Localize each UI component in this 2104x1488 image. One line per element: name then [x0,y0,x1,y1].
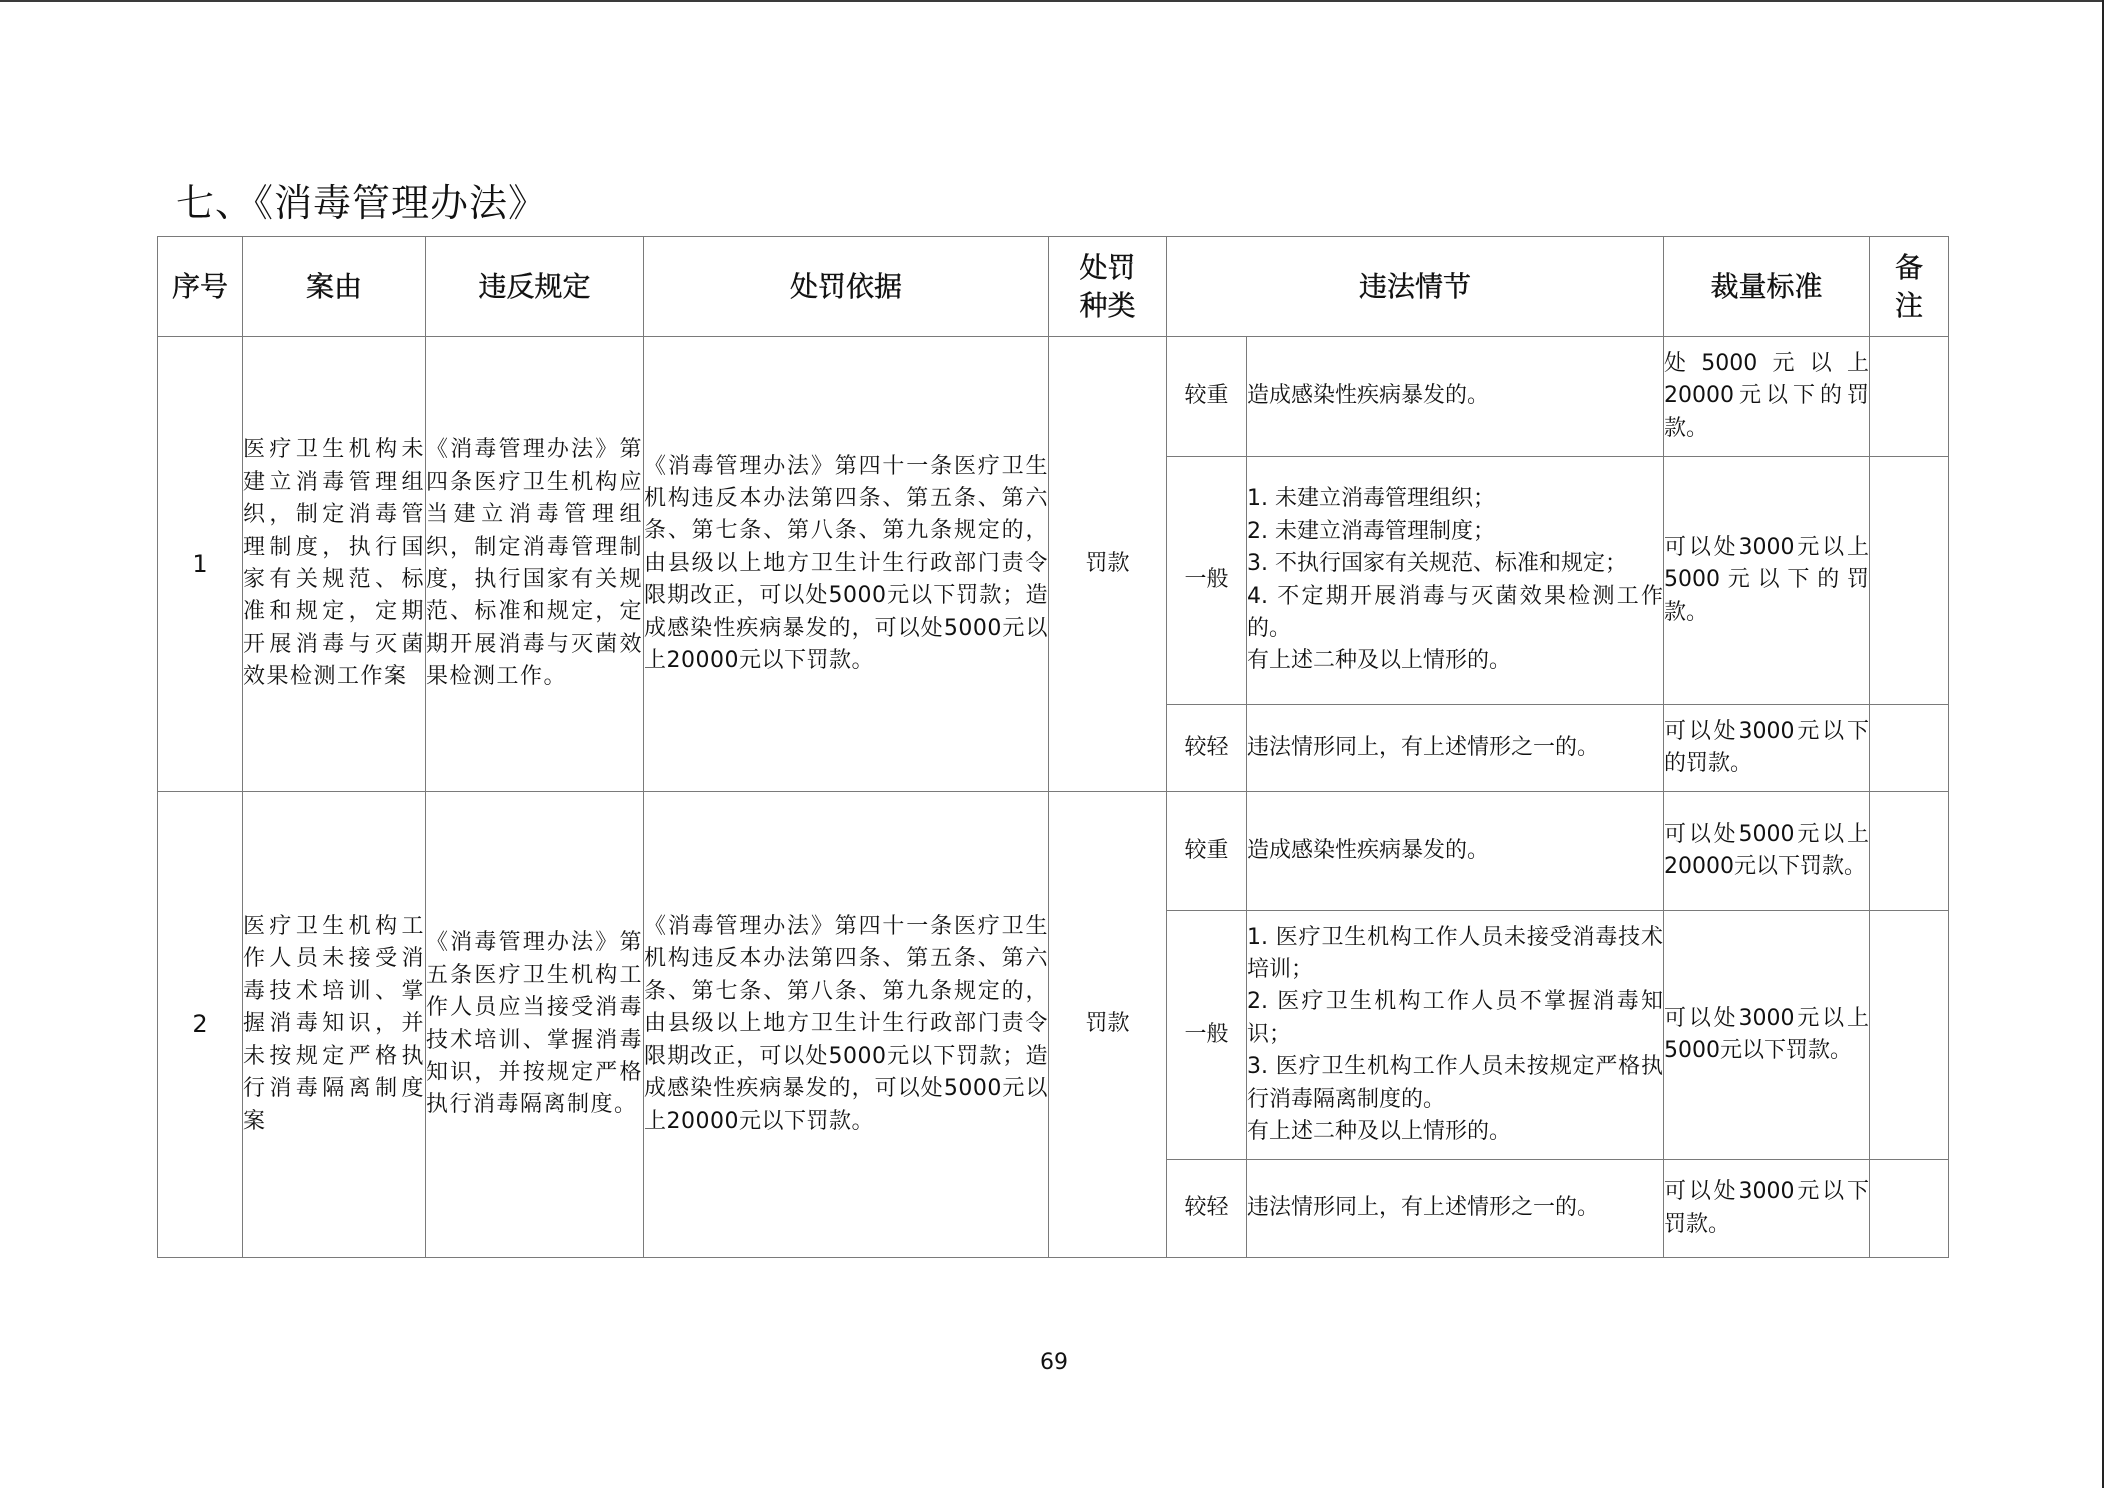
table-header-row: 序号 案由 违反规定 处罚依据 处罚种类 违法情节 裁量标准 备注 [158,237,1949,337]
level-note [1870,792,1949,911]
level-note [1870,705,1949,792]
row-penalty-type: 罚款 [1049,792,1167,1258]
level-circumstances: 造成感染性疾病暴发的。 [1247,337,1664,457]
level-circumstances: 1. 医疗卫生机构工作人员未接受消毒技术培训； 2. 医疗卫生机构工作人员不掌握… [1247,911,1664,1160]
header-note: 备注 [1870,237,1949,337]
table-row: 1 医疗卫生机构未建立消毒管理组织，制定消毒管理制度，执行国家有关规范、标准和规… [158,337,1949,457]
level-standard: 可以处5000元以上20000元以下罚款。 [1664,792,1870,911]
level-standard: 可以处3000元以上5000元以下罚款。 [1664,911,1870,1160]
header-penalty-basis: 处罚依据 [644,237,1049,337]
circumstance-line: 1. 医疗卫生机构工作人员未接受消毒技术培训； [1247,922,1663,987]
level-circumstances: 违法情形同上，有上述情形之一的。 [1247,1160,1664,1258]
header-penalty-type-label: 处罚种类 [1079,251,1135,322]
page-number: 69 [1040,1350,1068,1375]
circumstance-line: 1. 未建立消毒管理组织； [1247,483,1663,515]
level-note [1870,1160,1949,1258]
row-index: 2 [158,792,243,1258]
header-circumstances: 违法情节 [1167,237,1664,337]
circumstance-line: 2. 医疗卫生机构工作人员不掌握消毒知识； [1247,986,1663,1051]
header-note-label: 备注 [1895,251,1923,322]
row-penalty-basis: 《消毒管理办法》第四十一条医疗卫生机构违反本办法第四条、第五条、第六条、第七条、… [644,337,1049,792]
row-penalty-type: 罚款 [1049,337,1167,792]
row-cause: 医疗卫生机构工作人员未接受消毒技术培训、掌握消毒知识，并未按规定严格执行消毒隔离… [243,792,426,1258]
row-penalty-basis: 《消毒管理办法》第四十一条医疗卫生机构违反本办法第四条、第五条、第六条、第七条、… [644,792,1049,1258]
level-label: 较轻 [1167,1160,1247,1258]
level-standard: 可以处3000元以下罚款。 [1664,1160,1870,1258]
header-penalty-type: 处罚种类 [1049,237,1167,337]
circumstance-line: 有上述二种及以上情形的。 [1247,645,1663,677]
level-label: 一般 [1167,911,1247,1160]
circumstance-line: 3. 不执行国家有关规范、标准和规定； [1247,548,1663,580]
header-standard: 裁量标准 [1664,237,1870,337]
level-label: 较轻 [1167,705,1247,792]
level-label: 一般 [1167,457,1247,705]
circumstance-line: 违法情形同上，有上述情形之一的。 [1247,1192,1663,1224]
page-top-rule [0,0,2104,2]
level-circumstances: 1. 未建立消毒管理组织； 2. 未建立消毒管理制度； 3. 不执行国家有关规范… [1247,457,1664,705]
level-note [1870,337,1949,457]
penalty-discretion-table: 序号 案由 违反规定 处罚依据 处罚种类 违法情节 裁量标准 备注 1 医疗卫生… [157,236,1949,1258]
circumstance-line: 有上述二种及以上情形的。 [1247,1116,1663,1148]
circumstance-line: 4. 不定期开展消毒与灭菌效果检测工作的。 [1247,581,1663,646]
header-cause: 案由 [243,237,426,337]
level-standard: 可以处3000元以上5000元以下的罚款。 [1664,457,1870,705]
level-note [1870,911,1949,1160]
circumstance-line: 2. 未建立消毒管理制度； [1247,516,1663,548]
level-circumstances: 造成感染性疾病暴发的。 [1247,792,1664,911]
level-standard: 可以处3000元以下的罚款。 [1664,705,1870,792]
level-label: 较重 [1167,792,1247,911]
row-violated-provision: 《消毒管理办法》第四条医疗卫生机构应当建立消毒管理组织，制定消毒管理制度，执行国… [426,337,644,792]
row-index: 1 [158,337,243,792]
level-label: 较重 [1167,337,1247,457]
circumstance-line: 违法情形同上，有上述情形之一的。 [1247,732,1663,764]
row-cause: 医疗卫生机构未建立消毒管理组织，制定消毒管理制度，执行国家有关规范、标准和规定，… [243,337,426,792]
section-title: 七、《消毒管理办法》 [176,172,547,227]
circumstance-line: 3. 医疗卫生机构工作人员未按规定严格执行消毒隔离制度的。 [1247,1051,1663,1116]
circumstance-line: 造成感染性疾病暴发的。 [1247,380,1663,412]
header-index: 序号 [158,237,243,337]
level-circumstances: 违法情形同上，有上述情形之一的。 [1247,705,1664,792]
row-violated-provision: 《消毒管理办法》第五条医疗卫生机构工作人员应当接受消毒技术培训、掌握消毒知识，并… [426,792,644,1258]
header-violated-provision: 违反规定 [426,237,644,337]
table-row: 2 医疗卫生机构工作人员未接受消毒技术培训、掌握消毒知识，并未按规定严格执行消毒… [158,792,1949,911]
level-note [1870,457,1949,705]
level-standard: 处5000元以上20000元以下的罚款。 [1664,337,1870,457]
circumstance-line: 造成感染性疾病暴发的。 [1247,835,1663,867]
